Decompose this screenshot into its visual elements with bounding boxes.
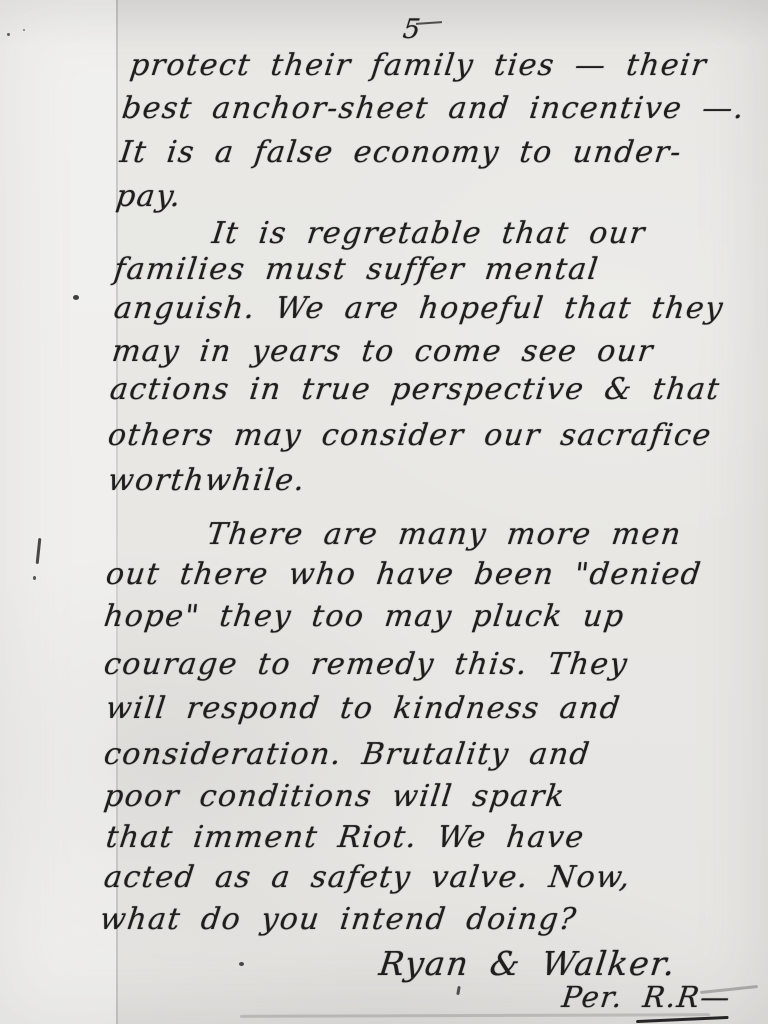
handwriting-line: poor conditions will spark (102, 779, 567, 814)
left-margin-band (0, 0, 116, 1024)
handwriting-line: pay. (114, 179, 184, 214)
handwriting-line: worthwhile. (106, 463, 308, 498)
handwriting-line: anguish. We are hopeful that they (112, 291, 726, 326)
handwriting-line: best anchor-sheet and incentive —. (120, 91, 747, 126)
signature-line: Ryan & Walker. (377, 944, 678, 983)
stray-dot-margin (33, 576, 36, 580)
handwriting-line: hope" they too may pluck up (102, 599, 627, 634)
attestation-initials-wrap: R.R (641, 980, 703, 1014)
attestation-flourish: — (698, 980, 733, 1014)
attestation-prefix: Per. (560, 980, 645, 1014)
handwriting-line: protect their family ties — their (128, 48, 709, 83)
handwriting-line: others may consider our sacrafice (106, 418, 714, 453)
handwriting-line: families must suffer mental (112, 252, 601, 287)
ink-dot-signature (239, 962, 244, 966)
page-number: 5 (401, 14, 421, 45)
handwriting-line: It is a false economy to under- (118, 135, 684, 170)
handwriting-line: consideration. Brutality and (102, 737, 593, 772)
dust-speck (23, 29, 25, 31)
letter-photo: 5 protect their family ties — their best… (0, 0, 768, 1024)
handwriting-line: actions in true perspective & that (108, 372, 722, 407)
attestation-line: Per. R.R— (560, 980, 733, 1014)
ink-dot-margin (73, 295, 79, 300)
handwriting-line: courage to remedy this. They (102, 647, 630, 682)
dust-speck (7, 33, 10, 36)
handwriting-line: that imment Riot. We have (104, 820, 587, 855)
handwriting-line: what do you intend doing? (98, 902, 579, 937)
handwriting-line: out there who have been "denied (104, 557, 704, 592)
handwriting-line: may in years to come see our (110, 334, 656, 369)
handwriting-line: acted as a safety valve. Now, (102, 860, 633, 895)
handwriting-line: It is regretable that our (210, 216, 648, 251)
handwriting-line: There are many more men (205, 517, 684, 552)
handwriting-line: will respond to kindness and (104, 691, 623, 726)
attestation-initials: R.R (641, 980, 703, 1014)
